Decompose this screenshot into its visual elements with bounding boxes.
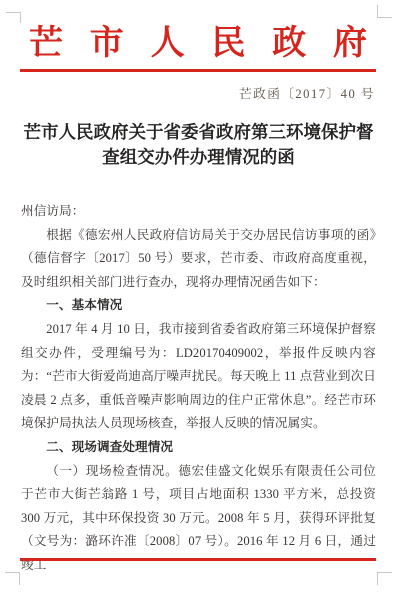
document-page: 芒 市 人 民 政 府 芒政函〔2017〕40 号 芒市人民政府关于省委省政府第… [0,0,397,600]
body-paragraph: 2017 年 4 月 10 日，我市接到省委省政府第三环境保护督察组交办件，受理… [21,318,376,436]
salutation: 州信访局： [21,200,376,224]
org-name-char: 民 [211,24,245,64]
body-paragraph: 根据《德宏州人民政府信访局关于交办居民信访事项的函》（德信督字〔2017〕50 … [21,224,376,295]
crop-mark-top-right [377,5,392,18]
org-name-char: 府 [333,24,367,64]
crop-mark-top-left [6,12,21,23]
org-name-char: 人 [151,24,185,64]
document-body: 州信访局： 根据《德宏州人民政府信访局关于交办居民信访事项的函》（德信督字〔20… [21,200,376,578]
document-title-line: 芒市人民政府关于省委省政府第三环境保护督 [10,120,387,145]
footer-red-rule [20,558,376,561]
org-name-char: 市 [90,24,124,64]
letterhead-org-name: 芒 市 人 民 政 府 [20,24,376,64]
document-title: 芒市人民政府关于省委省政府第三环境保护督 查组交办件办理情况的函 [10,120,387,170]
org-name-char: 芒 [29,24,63,64]
section-heading: 二、现场调查处理情况 [21,436,376,460]
crop-mark-bottom-left [5,572,20,585]
document-title-line: 查组交办件办理情况的函 [10,145,387,170]
document-number: 芒政函〔2017〕40 号 [239,83,375,102]
paragraph-list: 根据《德宏州人民政府信访局关于交办居民信访事项的函》（德信督字〔2017〕50 … [21,224,376,578]
crop-mark-bottom-right [377,572,392,585]
letterhead-red-rule [20,69,376,72]
org-name-char: 政 [272,24,306,64]
section-heading: 一、基本情况 [21,294,376,318]
